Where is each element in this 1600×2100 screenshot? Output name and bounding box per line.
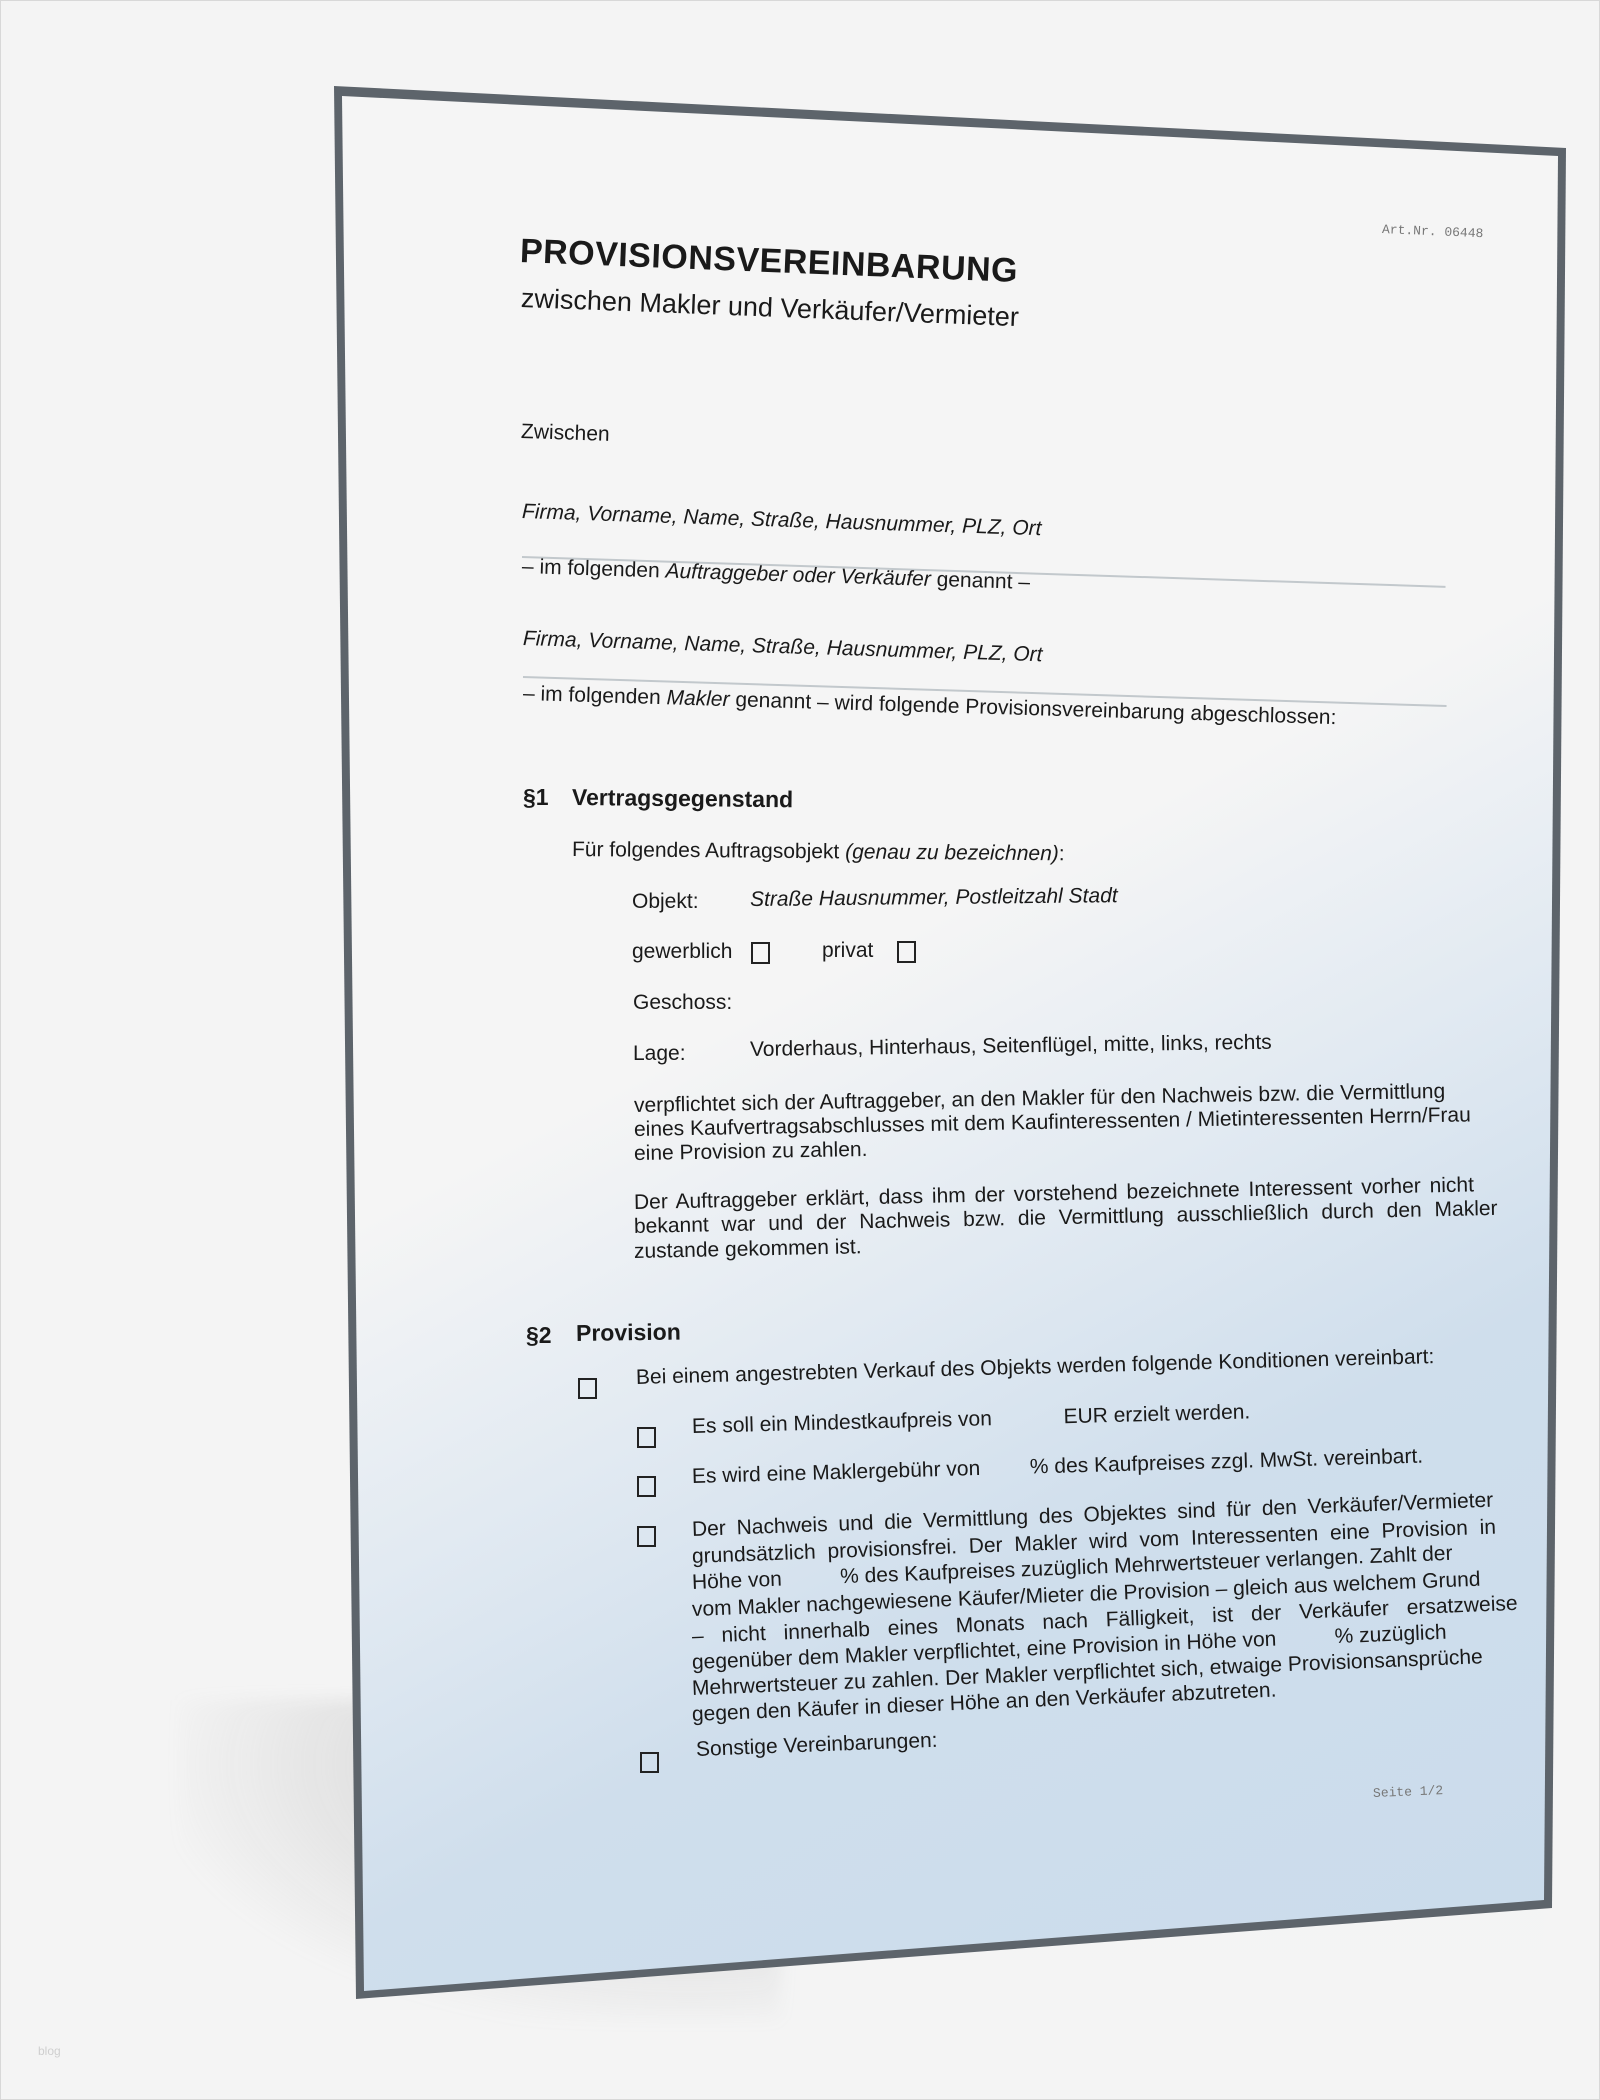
other-agreements-checkbox[interactable] (640, 1752, 659, 1773)
gewerblich-checkbox[interactable] (751, 942, 770, 964)
gewerblich-label: gewerblich (632, 940, 732, 964)
watermark-text: blog (38, 2044, 61, 2058)
broker-fee-input[interactable] (986, 1474, 1024, 1475)
party-2-role-emphasis: Makler (666, 686, 730, 711)
section-1-intro-prefix: Für folgendes Auftragsobjekt (572, 838, 845, 863)
page-indicator: Seite 1/2 (1373, 1783, 1444, 1801)
privat-checkbox[interactable] (897, 941, 916, 963)
min-price-checkbox[interactable] (637, 1427, 656, 1448)
intro-text: Zwischen (521, 420, 610, 447)
commission-free-checkbox[interactable] (637, 1526, 656, 1547)
section-1-intro: Für folgendes Auftragsobjekt (genau zu b… (572, 838, 1065, 866)
min-price-input[interactable] (998, 1423, 1058, 1425)
party-2-role-prefix: – im folgenden (523, 682, 667, 709)
objekt-label: Objekt: (632, 890, 699, 914)
lage-label: Lage: (633, 1042, 686, 1066)
section-2-title: Provision (576, 1319, 681, 1347)
broker-fee-checkbox[interactable] (637, 1476, 656, 1497)
section-1-intro-suffix: : (1059, 842, 1065, 865)
objekt-value[interactable]: Straße Hausnummer, Postleitzahl Stadt (750, 884, 1118, 912)
section-1-number: §1 (523, 784, 549, 811)
party-1-role-suffix: genannt – (930, 568, 1030, 594)
section-1-title: Vertragsgegenstand (572, 784, 793, 813)
broker-fee-text-b: % des (1030, 1454, 1089, 1479)
geschoss-label: Geschoss: (633, 991, 732, 1015)
min-price-text-b: EUR erzielt werden. (1063, 1400, 1250, 1428)
privat-label: privat (822, 939, 873, 963)
option-sale-checkbox[interactable] (578, 1378, 597, 1399)
section-1-intro-emphasis: (genau zu bezeichnen) (845, 840, 1059, 865)
section-2-number: §2 (526, 1322, 552, 1349)
section-1-paragraph-2-line-3: zustande gekommen ist. (634, 1235, 862, 1264)
party-1-role-prefix: – im folgenden (522, 555, 666, 582)
section-1-paragraph-1-line-3: eine Provision zu zahlen. (634, 1138, 868, 1166)
